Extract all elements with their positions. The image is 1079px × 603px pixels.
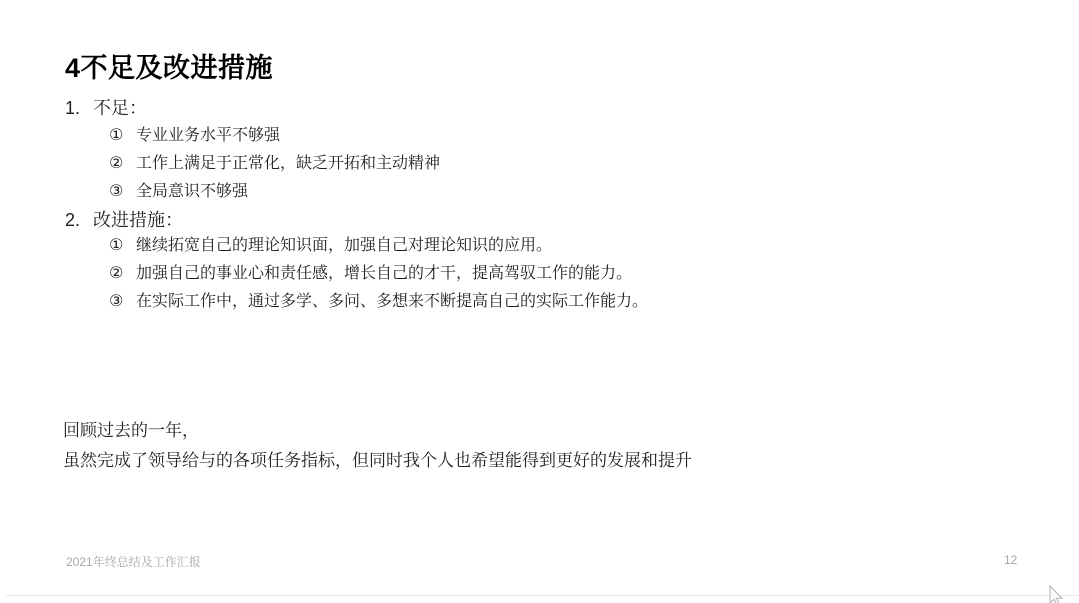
page-number: 12 — [1004, 553, 1017, 567]
list-item-text: 加强自己的事业心和责任感，增长自己的才干，提高驾驭工作的能力。 — [136, 260, 632, 288]
section-1-label: 不足： — [93, 97, 147, 119]
circled-number-icon: ③ — [109, 288, 136, 316]
list-item: ② 工作上满足于正常化，缺乏开拓和主动精神 — [109, 150, 440, 178]
circled-number-icon: ② — [109, 260, 136, 288]
section-2-number: 2. — [65, 209, 93, 231]
closing-paragraph: 回顾过去的一年， 虽然完成了领导给与的各项任务指标，但同时我个人也希望能得到更好… — [63, 416, 692, 476]
bottom-divider — [6, 595, 1079, 596]
list-item: ① 专业业务水平不够强 — [109, 122, 440, 150]
list-item-text: 全局意识不够强 — [136, 178, 248, 206]
circled-number-icon: ① — [109, 122, 136, 150]
list-item: ③ 在实际工作中，通过多学、多问、多想来不断提高自己的实际工作能力。 — [109, 288, 648, 316]
section-2-heading: 2. 改进措施： — [65, 209, 183, 231]
circled-number-icon: ② — [109, 150, 136, 178]
section-2-items: ① 继续拓宽自己的理论知识面，加强自己对理论知识的应用。 ② 加强自己的事业心和… — [109, 232, 648, 316]
list-item-text: 工作上满足于正常化，缺乏开拓和主动精神 — [136, 150, 440, 178]
list-item-text: 在实际工作中，通过多学、多问、多想来不断提高自己的实际工作能力。 — [136, 288, 648, 316]
slide-title: 4不足及改进措施 — [65, 46, 273, 85]
section-1-items: ① 专业业务水平不够强 ② 工作上满足于正常化，缺乏开拓和主动精神 ③ 全局意识… — [109, 122, 440, 206]
footer-title: 2021年终总结及工作汇报 — [66, 553, 201, 570]
list-item: ② 加强自己的事业心和责任感，增长自己的才干，提高驾驭工作的能力。 — [109, 260, 648, 288]
section-2-label: 改进措施： — [93, 209, 183, 231]
section-1-number: 1. — [65, 97, 93, 119]
closing-line-2: 虽然完成了领导给与的各项任务指标，但同时我个人也希望能得到更好的发展和提升 — [63, 446, 692, 476]
circled-number-icon: ① — [109, 232, 136, 260]
mouse-pointer-icon — [1048, 585, 1064, 603]
list-item: ③ 全局意识不够强 — [109, 178, 440, 206]
closing-line-1: 回顾过去的一年， — [63, 416, 692, 446]
circled-number-icon: ③ — [109, 178, 136, 206]
presentation-slide: 4不足及改进措施 1. 不足： ① 专业业务水平不够强 ② 工作上满足于正常化，… — [0, 0, 1079, 603]
list-item-text: 继续拓宽自己的理论知识面，加强自己对理论知识的应用。 — [136, 232, 552, 260]
section-1-heading: 1. 不足： — [65, 97, 147, 119]
list-item-text: 专业业务水平不够强 — [136, 122, 280, 150]
list-item: ① 继续拓宽自己的理论知识面，加强自己对理论知识的应用。 — [109, 232, 648, 260]
